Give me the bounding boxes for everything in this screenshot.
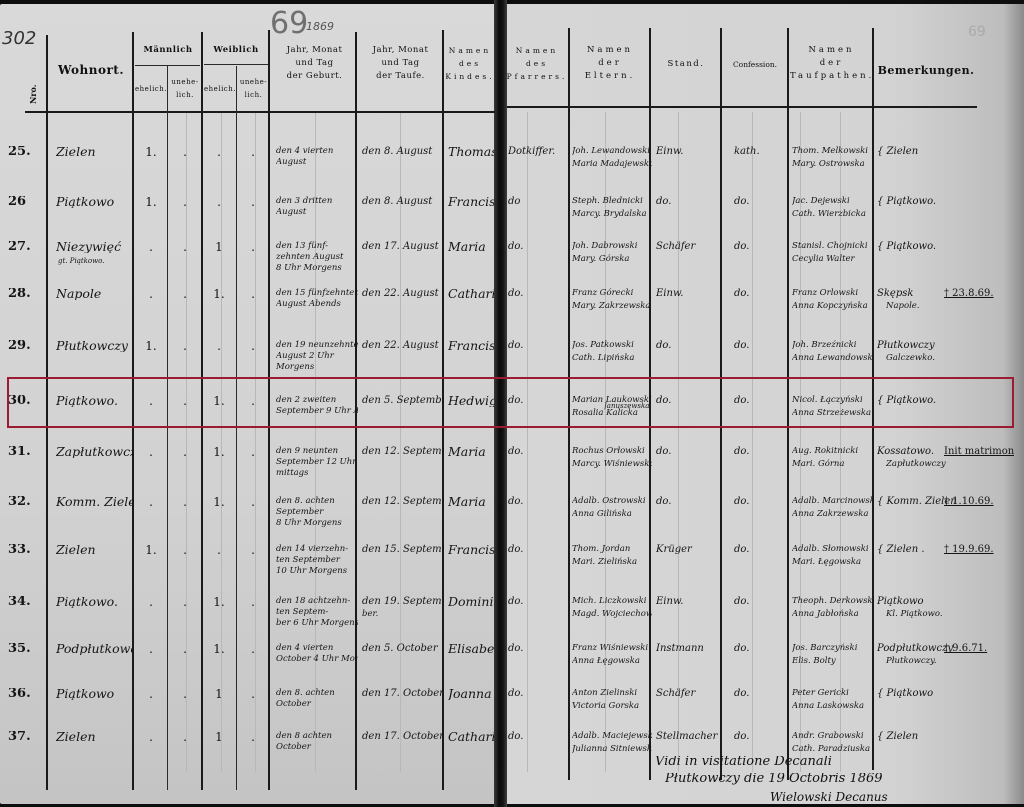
taufpathe-2: Anna Jabłońska bbox=[792, 609, 874, 619]
geburt-line-1: den 8. achten bbox=[276, 688, 358, 698]
eltern-vater: Franz Wiśniewski bbox=[572, 643, 652, 653]
geburt-line-2: ten Septem- bbox=[276, 607, 358, 617]
weiblich-unehelich: . bbox=[242, 288, 264, 300]
bemerkung-2: Galczewko. bbox=[886, 353, 958, 363]
faint-guide bbox=[752, 112, 753, 772]
eltern-vater: Franz Górecki bbox=[572, 288, 652, 298]
column-divider bbox=[568, 28, 570, 780]
geburt-line-3: 8 Uhr Morgens bbox=[276, 518, 358, 528]
taufe-date: den 5. September bbox=[362, 395, 444, 407]
confession: do. bbox=[734, 643, 786, 655]
taufpathe-2: Cath. Wierzbicka bbox=[792, 209, 874, 219]
geburt-line-2: October bbox=[276, 742, 358, 752]
header-m-ehelich: ehelich. bbox=[134, 83, 168, 96]
header-m-unehelich-2: lich. bbox=[176, 91, 194, 99]
wohnort: Zielen bbox=[56, 731, 134, 743]
record-number: 34. bbox=[8, 596, 31, 608]
visitation-line-3: Wielowski Decanus bbox=[770, 791, 888, 803]
taufpathe-1: Jac. Dejewski bbox=[792, 196, 874, 206]
eltern-vater: Thom. Jordan bbox=[572, 544, 652, 554]
eltern-mutter: Anna Łęgowska bbox=[572, 656, 652, 666]
taufpathe-2: Anna Kopczyńska bbox=[792, 301, 874, 311]
column-divider bbox=[787, 28, 789, 780]
taufe-date: den 19. Septem- bbox=[362, 596, 444, 608]
weiblich-ehelich: . bbox=[208, 196, 230, 208]
wohnort: Zielen bbox=[56, 146, 134, 158]
maennlich-unehelich: . bbox=[174, 446, 196, 458]
eltern-vater: Steph. Blednicki bbox=[572, 196, 652, 206]
stand: Einw. bbox=[656, 596, 720, 608]
taufe-date: den 8. August bbox=[362, 196, 444, 208]
header-pathen-3: Taufpathen. bbox=[790, 71, 874, 81]
faint-guide bbox=[186, 112, 187, 772]
taufpathe-1: Joh. Brzeźnicki bbox=[792, 340, 874, 350]
header-eltern: NamenderEltern. bbox=[570, 44, 650, 83]
geburt-line-3: 8 Uhr Morgens bbox=[276, 263, 358, 273]
weiblich-unehelich: . bbox=[242, 496, 264, 508]
eltern-vater: Adalb. Ostrowski bbox=[572, 496, 652, 506]
header-confession: Confession. bbox=[722, 58, 788, 71]
maennlich-ehelich: 1. bbox=[140, 196, 162, 208]
header-pathen-2: der bbox=[820, 58, 844, 68]
wohnort: Płutkowczy bbox=[56, 340, 134, 352]
wohnort: Napole bbox=[56, 288, 134, 300]
geburt-line-1: den 8 achten bbox=[276, 731, 358, 741]
maennlich-ehelich: . bbox=[140, 288, 162, 300]
maennlich-ehelich: . bbox=[140, 688, 162, 700]
record-number: 31. bbox=[8, 446, 31, 458]
bemerkung-death-note: † 19.9.69. bbox=[944, 544, 1014, 556]
bemerkung-1: { Zielen bbox=[877, 146, 957, 158]
wohnort: Piątkowo. bbox=[56, 395, 134, 407]
bemerkung-2: Płutkowczy. bbox=[886, 656, 958, 666]
maennlich-ehelich: . bbox=[140, 596, 162, 608]
record-number: 30. bbox=[8, 395, 31, 407]
pencil-annotation: 69 bbox=[270, 6, 308, 41]
weiblich-ehelich: 1 bbox=[208, 688, 230, 700]
weiblich-unehelich: . bbox=[242, 643, 264, 655]
header-pfarrer-2: des bbox=[526, 59, 548, 68]
taufpathe-2: Mari. Górna bbox=[792, 459, 874, 469]
eltern-mutter: Marcy. Wiśniewska bbox=[572, 459, 652, 469]
pencil-year: 1869 bbox=[306, 20, 334, 33]
geburt-line-1: den 15 fünfzehnten bbox=[276, 288, 358, 298]
geburt-line-2: ten September bbox=[276, 555, 358, 565]
maennlich-unehelich: . bbox=[174, 146, 196, 158]
header-w-unehelich-1: unehe- bbox=[240, 78, 267, 86]
taufpathe-2: Elis. Bolty bbox=[792, 656, 874, 666]
weiblich-ehelich: . bbox=[208, 544, 230, 556]
header-m-unehelich-1: unehe- bbox=[171, 78, 198, 86]
confession: do. bbox=[734, 731, 786, 743]
header-w-unehelich-2: lich. bbox=[245, 91, 263, 99]
maennlich-ehelich: . bbox=[140, 446, 162, 458]
record-number: 27. bbox=[8, 241, 31, 253]
header-weiblich: Weiblich bbox=[203, 44, 269, 57]
weiblich-ehelich: 1 bbox=[208, 241, 230, 253]
maennlich-unehelich: . bbox=[174, 395, 196, 407]
geburt-line-2: September 12 Uhr bbox=[276, 457, 358, 467]
geburt-line-1: den 3 dritten bbox=[276, 196, 358, 206]
geburt-line-3: Morgens bbox=[276, 362, 358, 372]
geburt-line-2: October bbox=[276, 699, 358, 709]
eltern-vater: Joh. Lewandowski bbox=[572, 146, 652, 156]
maennlich-unehelich: . bbox=[174, 643, 196, 655]
header-nro: Nro. bbox=[28, 84, 38, 104]
column-divider bbox=[201, 32, 203, 790]
eltern-vater: Joh. Dabrowski bbox=[572, 241, 652, 251]
eltern-vater: Mich. Liczkowski bbox=[572, 596, 652, 606]
geburt-line-3: mittags bbox=[276, 468, 358, 478]
weiblich-ehelich: 1. bbox=[208, 288, 230, 300]
wohnort: Zapłutkowczy bbox=[56, 446, 134, 458]
geburt-line-2: September 9 Uhr Abends bbox=[276, 406, 358, 416]
taufpathe-1: Theoph. Derkowski bbox=[792, 596, 874, 606]
kind-name: Franciscus bbox=[448, 340, 494, 352]
header-taufe: Jahr, Monatund Tagder Taufe. bbox=[358, 44, 443, 83]
geburt-line-1: den 9 neunten bbox=[276, 446, 358, 456]
wohnort: Piątkowo bbox=[56, 688, 134, 700]
confession: do. bbox=[734, 196, 786, 208]
faint-guide bbox=[400, 112, 401, 772]
taufpathe-2: Anna Laskowska bbox=[792, 701, 874, 711]
taufe-date: den 15. September bbox=[362, 544, 444, 556]
stand: Einw. bbox=[656, 288, 720, 300]
kind-name: Catharina bbox=[448, 288, 494, 300]
weiblich-unehelich: . bbox=[242, 196, 264, 208]
pfarrer-name: Dotkiffer. bbox=[508, 146, 568, 158]
taufe-date: den 8. August bbox=[362, 146, 444, 158]
bemerkung-death-note: † 23.8.69. bbox=[944, 288, 1014, 300]
geburt-line-2: August bbox=[276, 207, 358, 217]
pfarrer-name: do. bbox=[508, 596, 568, 608]
bemerkung-2: Kl. Piątkowo. bbox=[886, 609, 958, 619]
maennlich-unehelich: . bbox=[174, 731, 196, 743]
maennlich-ehelich: . bbox=[140, 496, 162, 508]
pfarrer-name: do. bbox=[508, 496, 568, 508]
header-geburt-1: Jahr, Monat bbox=[287, 45, 343, 55]
taufpathe-1: Nicol. Łączyński bbox=[792, 395, 874, 405]
geburt-line-1: den 4 vierten bbox=[276, 146, 358, 156]
eltern-note: Januszewska bbox=[604, 402, 654, 411]
eltern-vater: Rochus Orłowski bbox=[572, 446, 652, 456]
header-geburt-3: der Geburt. bbox=[287, 71, 343, 81]
stand: Schäfer bbox=[656, 241, 720, 253]
geburt-line-1: den 4 vierten bbox=[276, 643, 358, 653]
bemerkung-death-note: Init matrimonium die 12/6/ cum Valentino… bbox=[944, 446, 1014, 458]
header-kind-3: Kindes. bbox=[445, 72, 494, 81]
weiblich-unehelich: . bbox=[242, 395, 264, 407]
geburt-line-2: October 4 Uhr Morgens bbox=[276, 654, 358, 664]
stand: Einw. bbox=[656, 146, 720, 158]
eltern-mutter: Mary. Górska bbox=[572, 254, 652, 264]
weiblich-ehelich: 1. bbox=[208, 496, 230, 508]
kind-name: Franciscus bbox=[448, 196, 494, 208]
record-number: 26 bbox=[8, 196, 26, 208]
geburt-line-1: den 2 zweiten bbox=[276, 395, 358, 405]
wohnort: Komm. Zielen bbox=[56, 496, 134, 508]
stand: do. bbox=[656, 196, 720, 208]
confession: kath. bbox=[734, 146, 786, 158]
geburt-line-1: den 19 neunzehnten bbox=[276, 340, 358, 350]
wohnort: Niezywięć bbox=[56, 241, 134, 253]
right-page-mark: 69 bbox=[968, 24, 986, 40]
eltern-mutter: Anna Gilińska bbox=[572, 509, 652, 519]
maennlich-unehelich: . bbox=[174, 196, 196, 208]
geburt-line-2: zehnten August bbox=[276, 252, 358, 262]
record-number: 32. bbox=[8, 496, 31, 508]
stand: Schäfer bbox=[656, 688, 720, 700]
bemerkung-2: Napole. bbox=[886, 301, 958, 311]
maennlich-unehelich: . bbox=[174, 544, 196, 556]
taufpathe-2: Anna Lewandowska bbox=[792, 353, 874, 363]
taufpathe-1: Stanisl. Chojnicki bbox=[792, 241, 874, 251]
stand: do. bbox=[656, 395, 720, 407]
maennlich-unehelich: . bbox=[174, 288, 196, 300]
column-divider bbox=[442, 30, 444, 790]
column-divider bbox=[167, 66, 168, 790]
pfarrer-name: do. bbox=[508, 544, 568, 556]
weiblich-unehelich: . bbox=[242, 340, 264, 352]
column-divider bbox=[268, 30, 270, 790]
weiblich-unehelich: . bbox=[242, 241, 264, 253]
record-number: 33. bbox=[8, 544, 31, 556]
eltern-mutter: Magd. Wojciechowska bbox=[572, 609, 652, 619]
header-kind-2: des bbox=[459, 59, 481, 68]
stand: Krüger bbox=[656, 544, 720, 556]
header-taufe-2: und Tag bbox=[381, 58, 419, 68]
kind-name: Hedwig bbox=[448, 395, 494, 407]
taufpathe-2: Cecylia Walter bbox=[792, 254, 874, 264]
bemerkung-1: { Piątkowo bbox=[877, 688, 957, 700]
kind-name: Maria bbox=[448, 241, 494, 253]
maennlich-unehelich: . bbox=[174, 241, 196, 253]
weiblich-unehelich: . bbox=[242, 146, 264, 158]
geburt-line-2: August Abends bbox=[276, 299, 358, 309]
header-eltern-2: der bbox=[598, 58, 622, 68]
weiblich-ehelich: . bbox=[208, 340, 230, 352]
confession: do. bbox=[734, 446, 786, 458]
eltern-mutter: Julianna Sitniewska bbox=[572, 744, 652, 754]
kind-name: Franciscus bbox=[448, 544, 494, 556]
taufe-date: den 12. September bbox=[362, 496, 444, 508]
eltern-vater: Jos. Patkowski bbox=[572, 340, 652, 350]
confession: do. bbox=[734, 496, 786, 508]
bemerkung-1: { Piątkowo. bbox=[877, 241, 957, 253]
eltern-mutter: Mari. Zielińska bbox=[572, 557, 652, 567]
confession: do. bbox=[734, 395, 786, 407]
wohnort: Zielen bbox=[56, 544, 134, 556]
taufpathe-1: Andr. Grabowski bbox=[792, 731, 874, 741]
faint-guide bbox=[255, 112, 256, 772]
column-divider bbox=[720, 28, 722, 780]
eltern-mutter: Victoria Gorska bbox=[572, 701, 652, 711]
bemerkung-death-note: † 9.6.71. bbox=[944, 643, 1014, 655]
weiblich-unehelich: . bbox=[242, 596, 264, 608]
faint-guide bbox=[678, 112, 679, 772]
wohnort-detail: gt. Piątkowo. bbox=[58, 257, 136, 266]
eltern-mutter: Mary. Zakrzewska bbox=[572, 301, 652, 311]
header-taufpathen: NamenderTaufpathen. bbox=[790, 44, 873, 83]
stand: do. bbox=[656, 446, 720, 458]
weiblich-subrule bbox=[204, 64, 268, 65]
taufpathe-1: Franz Orlowski bbox=[792, 288, 874, 298]
maennlich-unehelich: . bbox=[174, 596, 196, 608]
kind-name: Maria bbox=[448, 496, 494, 508]
record-number: 37. bbox=[8, 731, 31, 743]
header-taufe-3: der Taufe. bbox=[376, 71, 425, 81]
bemerkung-death-note: † 1.10.69. bbox=[944, 496, 1014, 508]
maennlich-ehelich: . bbox=[140, 643, 162, 655]
header-stand: Stand. bbox=[652, 58, 720, 71]
weiblich-unehelich: . bbox=[242, 544, 264, 556]
geburt-line-3: ber 6 Uhr Morgens bbox=[276, 618, 358, 628]
bemerkung-1: Piątkowo bbox=[877, 596, 957, 608]
pfarrer-name: do. bbox=[508, 643, 568, 655]
taufpathe-1: Peter Gericki bbox=[792, 688, 874, 698]
geburt-line-2: August 2 Uhr bbox=[276, 351, 358, 361]
geburt-line-1: den 8. achten bbox=[276, 496, 358, 506]
stand: Stellmacher bbox=[656, 731, 720, 743]
weiblich-ehelich: 1 bbox=[208, 731, 230, 743]
taufpathe-2: Anna Strzeżewska bbox=[792, 408, 874, 418]
taufe-date: den 22. August bbox=[362, 340, 444, 352]
confession: do. bbox=[734, 596, 786, 608]
wohnort: Podpłutkowczy bbox=[56, 643, 134, 655]
header-kind: NamendesKindes. bbox=[444, 44, 496, 83]
eltern-mutter: Maria Madajewska bbox=[572, 159, 652, 169]
faint-guide bbox=[527, 112, 528, 772]
eltern-vater: Adalb. Maciejewski bbox=[572, 731, 652, 741]
confession: do. bbox=[734, 340, 786, 352]
pfarrer-name: do bbox=[508, 196, 568, 208]
weiblich-unehelich: . bbox=[242, 731, 264, 743]
header-bemerkungen: Bemerkungen. bbox=[876, 64, 976, 77]
eltern-mutter: Marcy. Brydalska bbox=[572, 209, 652, 219]
geburt-line-1: den 13 fünf- bbox=[276, 241, 358, 251]
taufe-date: den 5. October bbox=[362, 643, 444, 655]
confession: do. bbox=[734, 241, 786, 253]
record-number: 29. bbox=[8, 340, 31, 352]
record-number: 25. bbox=[8, 146, 31, 158]
confession: do. bbox=[734, 544, 786, 556]
maennlich-ehelich: . bbox=[140, 395, 162, 407]
header-geburt: Jahr, Monatund Tagder Geburt. bbox=[272, 44, 357, 83]
page-number: 302 bbox=[2, 28, 36, 49]
header-kind-1: Namen bbox=[449, 46, 491, 55]
bemerkung-1: Płutkowczy bbox=[877, 340, 957, 352]
pfarrer-name: do. bbox=[508, 241, 568, 253]
header-eltern-3: Eltern. bbox=[585, 71, 636, 81]
header-bottom-rule-left bbox=[25, 111, 495, 113]
header-wohnort: Wohnort. bbox=[50, 64, 132, 77]
taufe-date: den 17. October bbox=[362, 688, 444, 700]
record-number: 28. bbox=[8, 288, 31, 300]
header-m-unehelich: unehe-lich. bbox=[168, 76, 202, 102]
header-bottom-rule-right bbox=[507, 106, 977, 108]
faint-guide bbox=[221, 112, 222, 772]
visitation-line-1: Vidi in visitatione Decanali bbox=[655, 756, 832, 768]
stand: Instmann bbox=[656, 643, 720, 655]
kind-name: Thomas bbox=[448, 146, 494, 158]
header-pfarrer-3: Pfarrers. bbox=[507, 72, 568, 81]
confession: do. bbox=[734, 688, 786, 700]
maennlich-unehelich: . bbox=[174, 688, 196, 700]
taufpathe-1: Aug. Rokitnicki bbox=[792, 446, 874, 456]
taufpathe-1: Adalb. Marcinowski bbox=[792, 496, 874, 506]
maennlich-unehelich: . bbox=[174, 340, 196, 352]
maennlich-ehelich: 1. bbox=[140, 544, 162, 556]
maennlich-ehelich: . bbox=[140, 241, 162, 253]
taufpathe-2: Cath. Paradziuska bbox=[792, 744, 874, 754]
maennlich-unehelich: . bbox=[174, 496, 196, 508]
weiblich-ehelich: 1. bbox=[208, 643, 230, 655]
pfarrer-name: do. bbox=[508, 731, 568, 743]
pfarrer-name: do. bbox=[508, 446, 568, 458]
kind-name: Maria bbox=[448, 446, 494, 458]
taufpathe-1: Adalb. Słomowski bbox=[792, 544, 874, 554]
weiblich-unehelich: . bbox=[242, 446, 264, 458]
weiblich-ehelich: 1. bbox=[208, 596, 230, 608]
geburt-line-1: den 18 achtzehn- bbox=[276, 596, 358, 606]
taufpathe-2: Mary. Ostrowska bbox=[792, 159, 874, 169]
taufe-date: den 12. September bbox=[362, 446, 444, 458]
eltern-mutter: Cath. Lipińska bbox=[572, 353, 652, 363]
taufe-date: den 17. August bbox=[362, 241, 444, 253]
kind-name: Dominica bbox=[448, 596, 494, 608]
kind-name: Catharina bbox=[448, 731, 494, 743]
bemerkung-1: { Piątkowo. bbox=[877, 395, 957, 407]
bemerkung-2: Zapłutkowczy bbox=[886, 459, 958, 469]
pfarrer-name: do. bbox=[508, 288, 568, 300]
taufpathe-1: Thom. Melkowski bbox=[792, 146, 874, 156]
header-geburt-2: und Tag bbox=[295, 58, 333, 68]
header-w-unehelich: unehe-lich. bbox=[237, 76, 270, 102]
book-spine bbox=[494, 0, 507, 807]
geburt-line-3: 10 Uhr Morgens bbox=[276, 566, 358, 576]
weiblich-unehelich: . bbox=[242, 688, 264, 700]
header-w-ehelich: ehelich. bbox=[203, 83, 237, 96]
weiblich-ehelich: 1. bbox=[208, 395, 230, 407]
header-maennlich: Männlich bbox=[134, 44, 202, 57]
geburt-line-2: September bbox=[276, 507, 358, 517]
record-number: 36. bbox=[8, 688, 31, 700]
confession: do. bbox=[734, 288, 786, 300]
pfarrer-name: do. bbox=[508, 340, 568, 352]
weiblich-ehelich: . bbox=[208, 146, 230, 158]
geburt-line-2: August bbox=[276, 157, 358, 167]
maennlich-ehelich: . bbox=[140, 731, 162, 743]
wohnort: Piątkowo bbox=[56, 196, 134, 208]
maennlich-ehelich: 1. bbox=[140, 340, 162, 352]
record-number: 35. bbox=[8, 643, 31, 655]
taufe-date-2: ber. bbox=[362, 609, 444, 619]
taufe-date: den 17. October bbox=[362, 731, 444, 743]
taufpathe-2: Anna Zakrzewska bbox=[792, 509, 874, 519]
header-eltern-1: Namen bbox=[587, 45, 633, 55]
header-taufe-1: Jahr, Monat bbox=[373, 45, 429, 55]
stand: do. bbox=[656, 340, 720, 352]
column-divider bbox=[236, 66, 237, 790]
wohnort: Piątkowo. bbox=[56, 596, 134, 608]
pfarrer-name: do. bbox=[508, 688, 568, 700]
pfarrer-name: do. bbox=[508, 395, 568, 407]
geburt-line-1: den 14 vierzehn- bbox=[276, 544, 358, 554]
kind-name: Joanna bbox=[448, 688, 494, 700]
column-divider bbox=[46, 35, 48, 790]
header-pathen-1: Namen bbox=[808, 45, 854, 55]
kind-name: Elisabeth bbox=[448, 643, 494, 655]
